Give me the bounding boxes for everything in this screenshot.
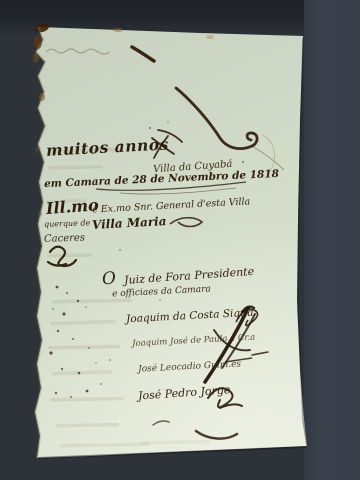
flourish-curve: [176, 88, 257, 149]
flourish-curve-tail: [252, 146, 284, 170]
addressee-flourish: [170, 218, 202, 227]
signature-1: Joaquim da Costa Siqr.a: [124, 307, 254, 326]
bottom-swoosh: [196, 431, 237, 439]
signature-4: José Pedro Jorge: [136, 383, 232, 403]
president-line: Juiz de Fora Presidente: [122, 265, 255, 287]
addressee-prefix: querque de: [44, 218, 91, 229]
president-initial: O: [101, 268, 117, 289]
right-edge-shading: [298, 38, 307, 446]
handwriting-layer: muitos annos Villa da Cuyabá em Camara d…: [0, 0, 360, 480]
signature-3: José Leocadio Guim.es: [136, 358, 242, 375]
bottom-stroke-small: [153, 421, 169, 425]
addressee-city: Caceres: [44, 232, 85, 244]
addressee-main: Villa Maria: [92, 214, 167, 232]
photo-backdrop: muitos annos Villa da Cuyabá em Camara d…: [0, 0, 360, 480]
bottom-edge-shading: [38, 447, 306, 458]
faded-line-stroke: [46, 49, 110, 54]
salutation-rest: e Ex.mo Snr. General d'esta Villa: [92, 196, 251, 215]
bold-top-stroke: [132, 47, 154, 61]
handwritten-line-closing: muitos annos: [46, 134, 170, 159]
